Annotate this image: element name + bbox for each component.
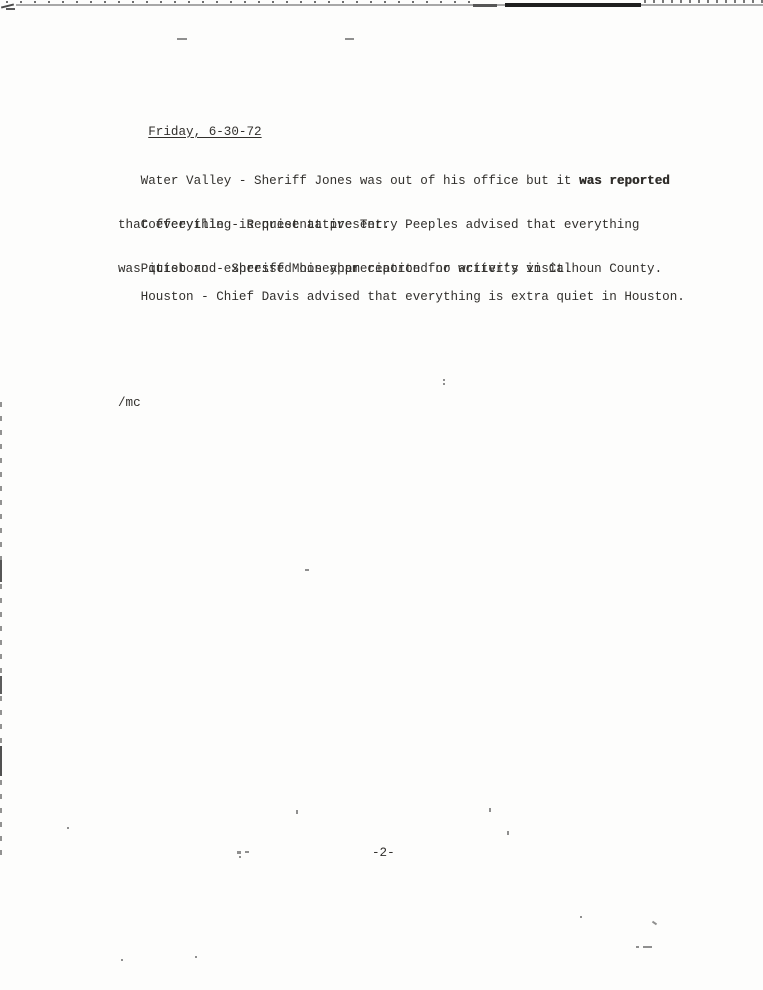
scan-line-top	[16, 4, 763, 6]
overstruck-text: was reported	[579, 174, 670, 188]
scan-dark-segment	[0, 560, 2, 582]
scanned-document-page: Friday, 6-30-72 Water Valley - Sheriff J…	[0, 0, 763, 990]
page-number: -2-	[372, 846, 395, 861]
scan-speck	[443, 379, 445, 381]
scan-dark-segment	[0, 676, 2, 694]
date-heading-text: Friday, 6-30-72	[148, 125, 261, 139]
scan-speck	[652, 921, 657, 926]
paragraph-line: Houston - Chief Davis advised that every…	[118, 290, 685, 305]
scan-speck	[580, 916, 582, 918]
scan-speck	[507, 831, 509, 835]
scan-speck	[245, 851, 249, 853]
scan-speck	[67, 827, 69, 829]
scan-speck	[636, 946, 639, 948]
paragraph-line: Water Valley - Sheriff Jones was out of …	[118, 174, 670, 189]
scan-dark-segment	[0, 746, 2, 776]
scan-mark-top-left	[6, 8, 15, 10]
scan-dots-top-right	[644, 0, 763, 3]
scan-speck	[237, 851, 241, 854]
scan-speck	[643, 946, 652, 948]
paragraph-line: Coffeeville - Representative Terry Peepl…	[118, 218, 639, 233]
scan-speck	[489, 808, 491, 812]
scan-dark-segment	[473, 4, 497, 7]
scan-dashed-line-left	[0, 402, 2, 858]
scan-speck	[121, 959, 123, 961]
scan-dots-top-left	[6, 1, 470, 3]
paragraph-houston: Houston - Chief Davis advised that every…	[118, 261, 685, 334]
scan-speck	[345, 38, 354, 40]
scan-dark-segment	[505, 3, 641, 7]
scan-speck	[177, 38, 187, 40]
scan-speck	[195, 956, 197, 958]
scan-speck	[305, 569, 309, 571]
scan-speck	[296, 810, 298, 814]
scan-speck	[443, 383, 445, 385]
typist-initials: /mc	[118, 396, 141, 411]
scan-speck	[239, 856, 241, 858]
